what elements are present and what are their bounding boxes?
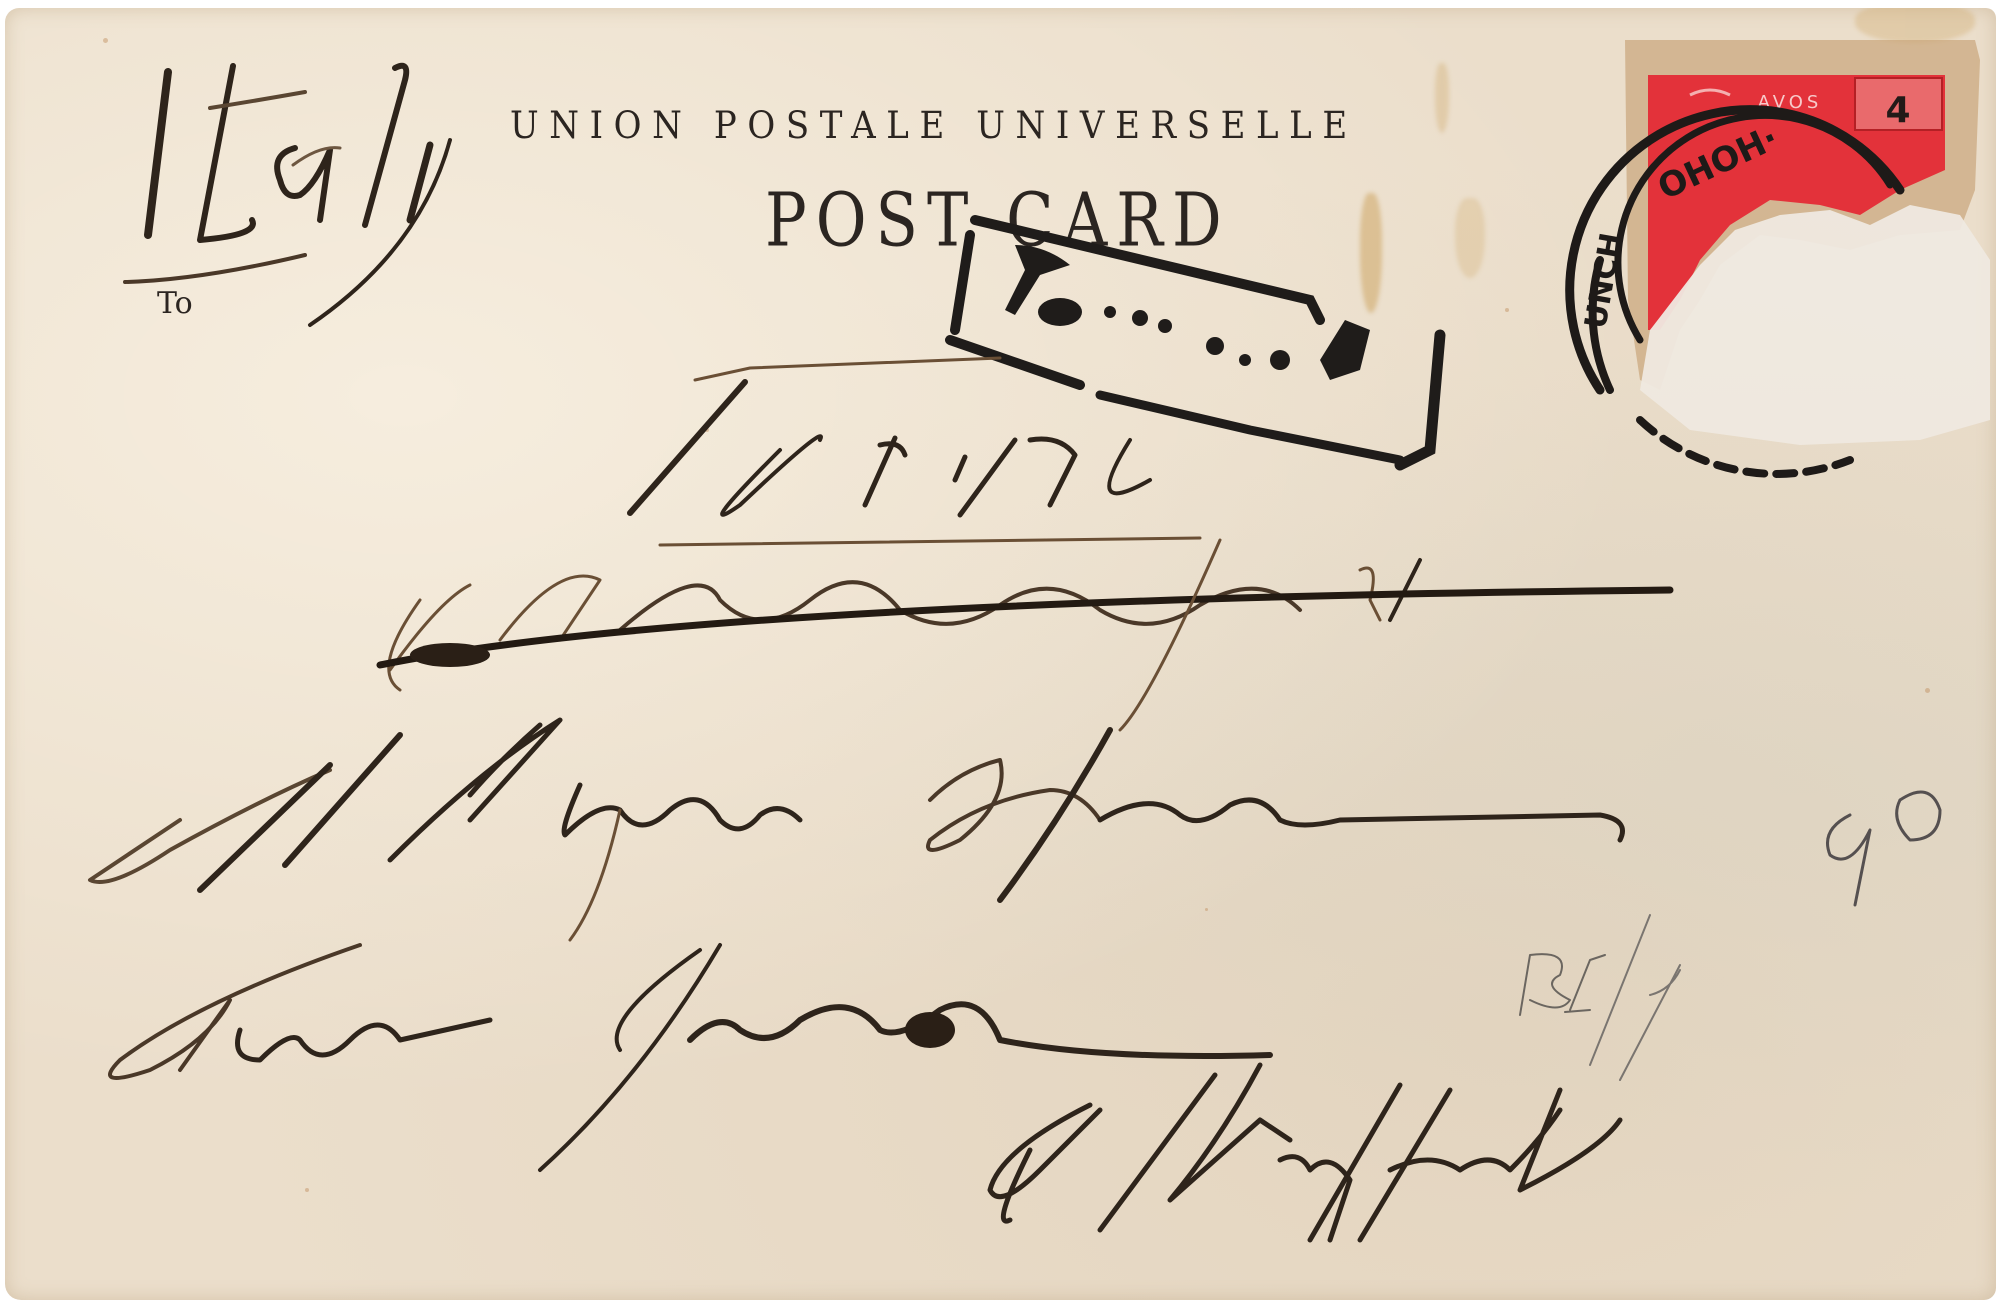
ink-layer: 4 AVOS OHOH· UNCH <box>0 0 2000 1306</box>
stamp-denomination: 4 <box>1885 90 1910 131</box>
